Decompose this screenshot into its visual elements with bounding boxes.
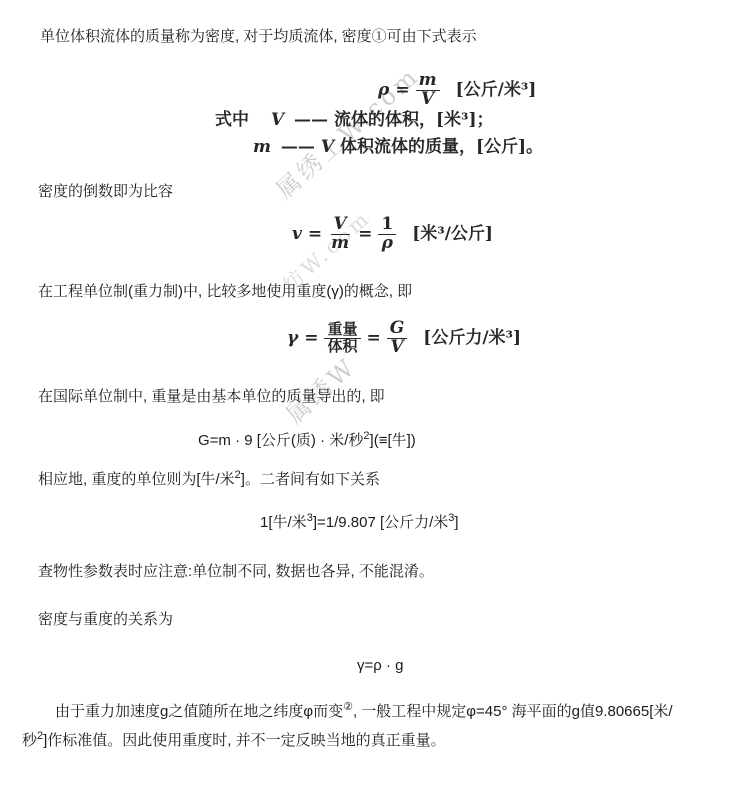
paragraph-text: 单位体积流体的质量称为密度, 对于均质流体, 密度①可由下式表示 [40, 28, 477, 45]
paragraph-text: ]作标准值。因此使用重度时, 并不一定反映当地的真正重量。 [43, 732, 446, 749]
specific-volume-formula: v = V m = 1 ρ [米³/公斤] [292, 216, 493, 253]
formula-where-line-mass: m —— V 体积流体的质量，[公斤]。 [253, 137, 543, 158]
specific-weight-formula: γ = 重量 体积 = G V [公斤力/米³] [287, 320, 521, 357]
fraction-denominator: V [418, 91, 437, 109]
variable-v-description: 流体的体积，[米³]； [334, 110, 494, 130]
variable-v: V [271, 110, 284, 130]
paragraph-text: 查物性参数表时应注意:单位制不同, 数据也各异, 不能混淆。 [38, 563, 434, 580]
fraction-denominator: 体积 [324, 339, 360, 355]
variable-m-description: 体积流体的质量，[公斤]。 [340, 137, 543, 157]
formula-text: γ=ρ · g [357, 657, 403, 674]
paragraph-caution: 查物性参数表时应注意:单位制不同, 数据也各异, 不能混淆。 [38, 563, 434, 582]
paragraph-text: 秒 [22, 732, 37, 749]
equals-sign: = [304, 328, 318, 349]
paragraph-si-weight-intro: 在国际单位制中, 重量是由基本单位的质量导出的, 即 [38, 388, 385, 407]
paragraph-gravity-note-line1: 由于重力加速度g之值随所在地之纬度φ而变②, 一般工程中规定φ=45° 海平面的… [55, 703, 673, 722]
formula-text: ]=1/9.807 [公斤力/米 [313, 514, 448, 531]
density-weight-relation-formula: γ=ρ · g [357, 657, 403, 676]
where-label: 式中 [215, 110, 249, 130]
paragraph-text: 由于重力加速度g之值随所在地之纬度φ而变 [55, 703, 343, 720]
paragraph-text: 在工程单位制(重力制)中, 比较多地使用重度(γ)的概念, 即 [38, 283, 412, 300]
fraction-g-over-v: G V [387, 320, 408, 357]
fraction-denominator: V [387, 339, 406, 357]
rho-symbol: ρ [378, 80, 389, 101]
paragraph-text: 密度与重度的关系为 [38, 611, 173, 628]
equals-sign: = [308, 224, 322, 245]
equals-sign: = [358, 224, 372, 245]
specific-volume-unit: [米³/公斤] [412, 224, 493, 245]
fraction-1-over-rho: 1 ρ [378, 216, 396, 253]
formula-text: 1[牛/米 [260, 514, 307, 531]
weight-formula: G=m · 9 [公斤(质) · 米/秒2](≡[牛]) [198, 432, 416, 451]
paragraph-text: ]。二者间有如下关系 [241, 471, 380, 488]
em-dash: —— [294, 110, 328, 130]
paragraph-density-intro: 单位体积流体的质量称为密度, 对于均质流体, 密度①可由下式表示 [40, 28, 477, 47]
variable-m: m [253, 137, 271, 157]
fraction-v-over-m: V m [328, 216, 352, 253]
gamma-symbol: γ [287, 328, 298, 349]
variable-v-inline: V [321, 137, 334, 157]
fraction-denominator: ρ [379, 235, 396, 253]
paragraph-text: 相应地, 重度的单位则为[牛/米 [38, 471, 235, 488]
fraction-weight-over-volume: 重量 体积 [324, 322, 360, 355]
formula-text: ] [454, 514, 458, 531]
paragraph-unit-relation-intro: 相应地, 重度的单位则为[牛/米2]。二者间有如下关系 [38, 471, 380, 490]
paragraph-text: , 一般工程中规定φ=45° 海平面的g值9.80665[米/ [353, 703, 673, 720]
paragraph-text: 在国际单位制中, 重量是由基本单位的质量导出的, 即 [38, 388, 385, 405]
equals-sign: = [395, 80, 409, 101]
density-formula: ρ = m V [公斤/米³] [378, 72, 536, 109]
density-unit: [公斤/米³] [456, 80, 537, 101]
v-symbol: v [292, 224, 302, 245]
unit-conversion-formula: 1[牛/米3]=1/9.807 [公斤力/米3] [260, 514, 459, 533]
paragraph-text: 密度的倒数即为比容 [38, 183, 173, 200]
em-dash: —— [281, 137, 315, 157]
paragraph-specific-volume-intro: 密度的倒数即为比容 [38, 183, 173, 202]
fraction-denominator: m [328, 235, 352, 253]
equals-sign: = [367, 328, 381, 349]
superscript-circled-2: ② [343, 701, 353, 713]
fraction-m-over-v: m V [416, 72, 440, 109]
formula-where-line-volume: 式中 V —— 流体的体积，[米³]； [215, 110, 494, 131]
formula-text: ](≡[牛]) [370, 432, 416, 449]
formula-text: G=m · 9 [公斤(质) · 米/秒 [198, 432, 363, 449]
specific-weight-unit: [公斤力/米³] [423, 328, 521, 349]
paragraph-relation-intro: 密度与重度的关系为 [38, 611, 173, 630]
paragraph-specific-weight-intro: 在工程单位制(重力制)中, 比较多地使用重度(γ)的概念, 即 [38, 283, 412, 302]
paragraph-gravity-note-line2: 秒2]作标准值。因此使用重度时, 并不一定反映当地的真正重量。 [22, 732, 446, 751]
document-page: 属绣上W.com 纺W.com 属绣W 单位体积流体的质量称为密度, 对于均质流… [0, 0, 730, 809]
